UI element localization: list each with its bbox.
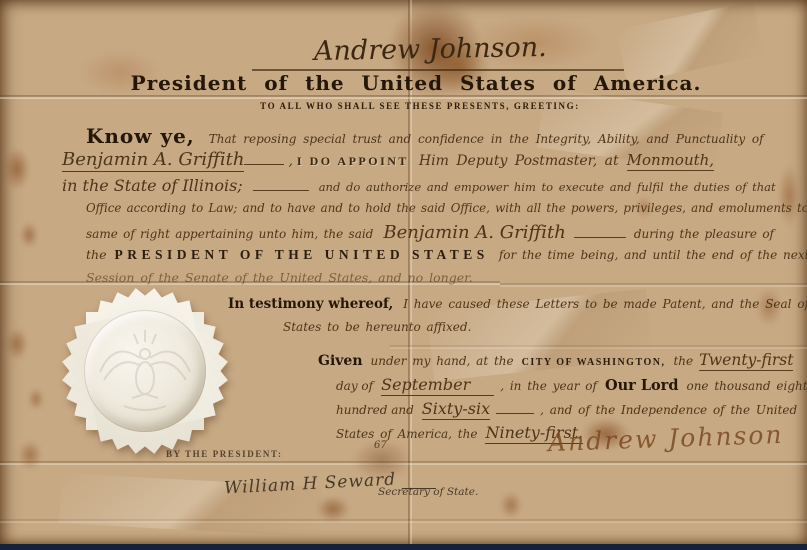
given-hundred: hundred and xyxy=(336,403,414,417)
given-year-of: , in the year of xyxy=(500,379,597,393)
body-line-2: Him Deputy Postmaster, at xyxy=(419,153,619,169)
comma: , xyxy=(288,153,292,169)
greeting-line: TO ALL WHO SHALL SEE THESE PRESENTS, GRE… xyxy=(260,101,580,111)
blank-rule xyxy=(574,226,626,238)
know-ye-lead: Know ye, xyxy=(86,124,195,148)
given-day-of: day of xyxy=(336,379,373,393)
appointment-year: Sixty-six xyxy=(422,399,490,420)
appointment-place: Monmouth, xyxy=(627,151,714,171)
blank-rule xyxy=(244,153,284,165)
testimony-lead: In testimony whereof, xyxy=(228,296,393,312)
appoint-phrase: I DO APPOINT xyxy=(297,154,409,169)
body-line-1: That reposing special trust and confiden… xyxy=(209,132,764,146)
appointment-month: September xyxy=(381,375,494,396)
appointee-name: Benjamin A. Griffith xyxy=(62,149,244,172)
president-signature: Andrew Johnson xyxy=(548,420,784,457)
given-states-of-america: States of America, the xyxy=(336,427,477,441)
given-thousand: one thousand eight xyxy=(686,379,807,393)
testimony-line-1: I have caused these Letters to be made P… xyxy=(403,297,807,311)
seal-eagle-relief-icon xyxy=(84,310,206,432)
body-line-6a: the xyxy=(86,247,106,262)
docket-mark: 67 xyxy=(374,440,387,451)
engraved-president-name: Andrew Johnson. xyxy=(313,32,546,67)
given-line-1: under my hand, at the xyxy=(371,354,514,368)
body-line-3b: and do authorize and empower him to exec… xyxy=(319,180,776,194)
by-the-president-label: BY THE PRESIDENT: xyxy=(166,449,283,459)
our-lord: Our Lord xyxy=(605,377,679,394)
us-embossed-eagle-seal xyxy=(62,288,228,454)
body-line-7-struck: Session of the Senate of the United Stat… xyxy=(86,270,473,285)
given-the: the xyxy=(673,354,693,368)
secretary-title: Secretary of State. xyxy=(378,486,478,498)
testimony-line-2: States to be hereunto affixed. xyxy=(283,320,471,334)
body-line-5a: same of right appertaining unto him, the… xyxy=(86,227,373,241)
given-lead: Given xyxy=(318,353,363,369)
body-line-4: Office according to Law; and to have and… xyxy=(86,201,807,215)
body-line-3a: in the State of Illinois; xyxy=(62,176,243,195)
president-of-us-caps: PRESIDENT OF THE UNITED STATES xyxy=(114,247,488,263)
scanned-appointment-document: Andrew Johnson. President of the United … xyxy=(0,0,807,550)
body-line-5b: during the pleasure of xyxy=(634,227,774,241)
blank-rule xyxy=(496,402,534,414)
appointee-name-2: Benjamin A. Griffith xyxy=(383,222,565,243)
body-line-6c: for the time being, and until the end of… xyxy=(499,248,807,262)
appointment-day: Twenty-first xyxy=(699,351,793,371)
given-independence: , and of the Independence of the United xyxy=(540,403,797,417)
document-title: President of the United States of Americ… xyxy=(131,71,702,95)
blank-rule xyxy=(253,179,309,191)
city-of-washington: CITY OF WASHINGTON, xyxy=(522,357,666,368)
